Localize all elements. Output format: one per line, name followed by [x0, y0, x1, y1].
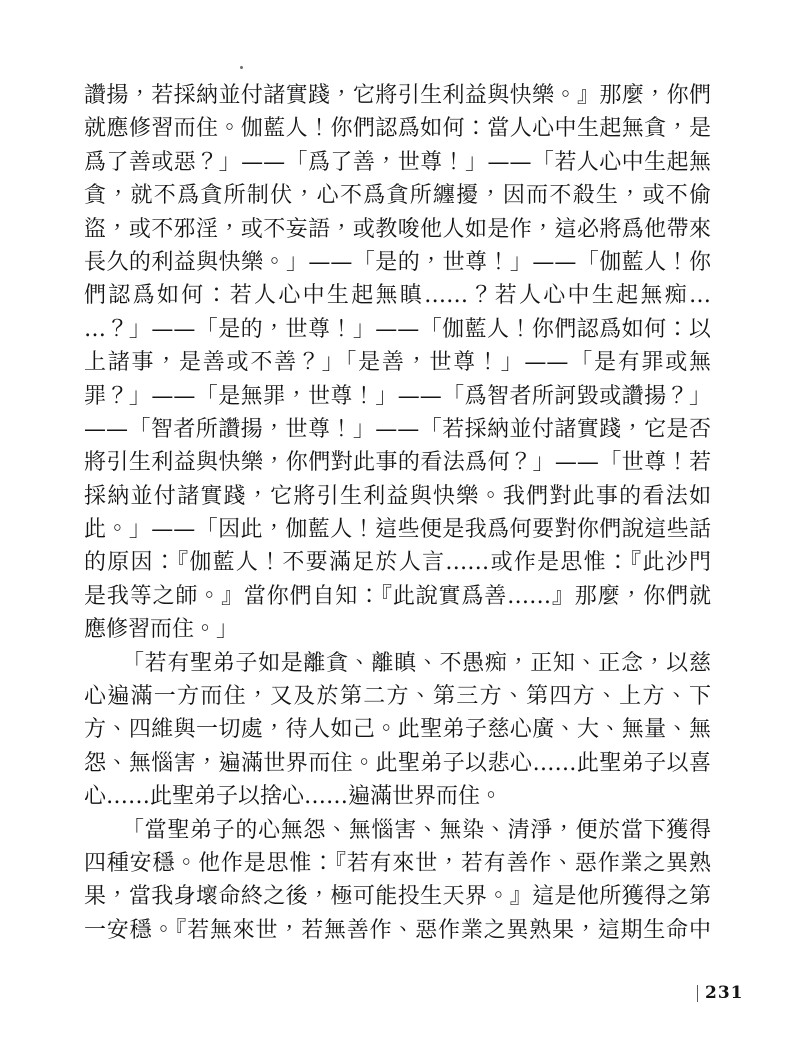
text-line: 爲了善或惡？」——「爲了善，世尊！」——「若人心中生起無 — [84, 146, 711, 179]
text-line: 將引生利益與快樂，你們對此事的看法爲何？」——「世尊！若 — [84, 446, 711, 479]
text-line: 方、四維與一切處，待人如己。此聖弟子慈心廣、大、無量、無 — [84, 713, 711, 746]
text-line: 果，當我身壞命終之後，極可能投生天界。』這是他所獲得之第 — [84, 880, 711, 913]
text-line: 一安穩。『若無來世，若無善作、惡作業之異熟果，這期生命中 — [84, 914, 711, 947]
text-line: 上諸事，是善或不善？」「是善，世尊！」——「是有罪或無 — [84, 346, 711, 379]
page-footer: 231 — [697, 984, 744, 1003]
text-line: 此。」——「因此，伽藍人！這些便是我爲何要對你們說這些話 — [84, 513, 711, 546]
text-line: 四種安穩。他作是思惟：『若有來世，若有善作、惡作業之異熟 — [84, 847, 711, 880]
text-line: …？」——「是的，世尊！」——「伽藍人！你們認爲如何：以 — [84, 313, 711, 346]
book-page: 讚揚，若採納並付諸實踐，它將引生利益與快樂。』那麼，你們 就應修習而住。伽藍人！… — [0, 0, 792, 1056]
text-line: 怨、無惱害，遍滿世界而住。此聖弟子以悲心……此聖弟子以喜 — [84, 747, 711, 780]
text-line paragraph-start: 「若有聖弟子如是離貪、離瞋、不愚痴，正知、正念，以慈 — [84, 647, 711, 680]
text-line paragraph-end: 應修習而住。」 — [84, 613, 711, 646]
text-line: 讚揚，若採納並付諸實踐，它將引生利益與快樂。』那麼，你們 — [84, 79, 711, 112]
text-line: ——「智者所讚揚，世尊！」——「若採納並付諸實踐，它是否 — [84, 413, 711, 446]
text-line: 採納並付諸實踐，它將引生利益與快樂。我們對此事的看法如 — [84, 480, 711, 513]
text-line: 貪，就不爲貪所制伏，心不爲貪所纏擾，因而不殺生，或不偷 — [84, 179, 711, 212]
text-line: 心遍滿一方而住，又及於第二方、第三方、第四方、上方、下 — [84, 680, 711, 713]
text-line paragraph-start: 「當聖弟子的心無怨、無惱害、無染、清淨，便於當下獲得 — [84, 814, 711, 847]
text-line: 就應修習而住。伽藍人！你們認爲如何：當人心中生起無貪，是 — [84, 112, 711, 145]
folio-separator-bar — [697, 985, 698, 1002]
print-speck — [240, 66, 243, 69]
text-line: 的原因：『伽藍人！不要滿足於人言……或作是思惟：『此沙門 — [84, 546, 711, 579]
text-line: 長久的利益與快樂。」——「是的，世尊！」——「伽藍人！你 — [84, 246, 711, 279]
text-line paragraph-end: 心……此聖弟子以捨心……遍滿世界而住。 — [84, 780, 711, 813]
page-number: 231 — [705, 984, 744, 1003]
text-line: 盜，或不邪淫，或不妄語，或教唆他人如是作，這必將爲他帶來 — [84, 213, 711, 246]
text-line: 是我等之師。』當你們自知：『此說實爲善……』那麼，你們就 — [84, 580, 711, 613]
text-line: 們認爲如何：若人心中生起無瞋……？若人心中生起無痴… — [84, 279, 711, 312]
text-line: 罪？」——「是無罪，世尊！」——「爲智者所訶毀或讚揚？」 — [84, 380, 711, 413]
body-text: 讚揚，若採納並付諸實踐，它將引生利益與快樂。』那麼，你們 就應修習而住。伽藍人！… — [84, 79, 711, 947]
